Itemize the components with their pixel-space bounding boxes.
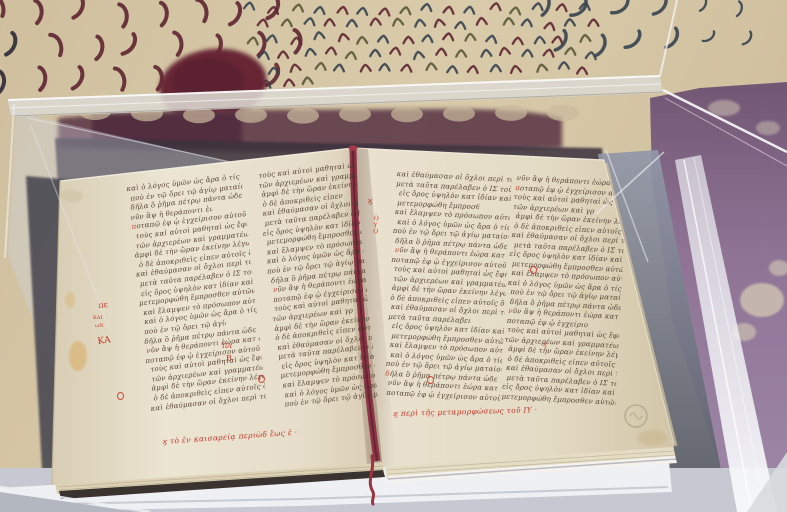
marginal-initial: ΚΑ	[97, 336, 111, 347]
red-initial-ring	[530, 266, 537, 274]
text-column-left-1: καὶ ὁ λόγος ὑμῶν ὡς ἄρα ὁ τίςποὺ ἐν τῷ ὄ…	[128, 172, 267, 413]
red-initial-ring	[117, 392, 124, 400]
marginal-initial-stack: Ο Υ Ο	[373, 216, 382, 236]
right-page-rubric: ϗ περὶ τῆς μεταμορφώσεως τοῦ ΙΥ ·	[393, 405, 537, 418]
left-page-rubric: ϗ τὸ ἐν καισαρείᾳ περιὼδ ἕως ἐ ·	[162, 428, 298, 446]
text-column-right-2: νῦν ἂψ ἡ θεράποντι ἑώρα κατ ὅνποταπῷ ἐφ …	[503, 174, 628, 408]
marginal-initial: πε	[98, 301, 108, 310]
marginal-initial: ΚΑΙ	[93, 316, 102, 321]
marginal-initial: ϗ	[543, 342, 547, 348]
text-column-right-1: καὶ ἐθαύμασαν οἱ ὄχλοι περὶ τοῦμετὰ ταῦτ…	[386, 170, 512, 404]
marginal-initial: Β	[226, 355, 232, 363]
red-initial-ring	[258, 375, 265, 383]
photo-manuscript-display: καὶ ὁ λόγος ὑμῶν ὡς ἄρα ὁ τίςποὺ ἐν τῷ ὄ…	[0, 0, 787, 512]
red-initial-ring	[427, 376, 434, 384]
marginal-initial: ΠΑ	[222, 344, 232, 350]
marginal-initial: ωΝ	[95, 324, 103, 329]
marginal-initial: ϗ	[368, 197, 373, 205]
